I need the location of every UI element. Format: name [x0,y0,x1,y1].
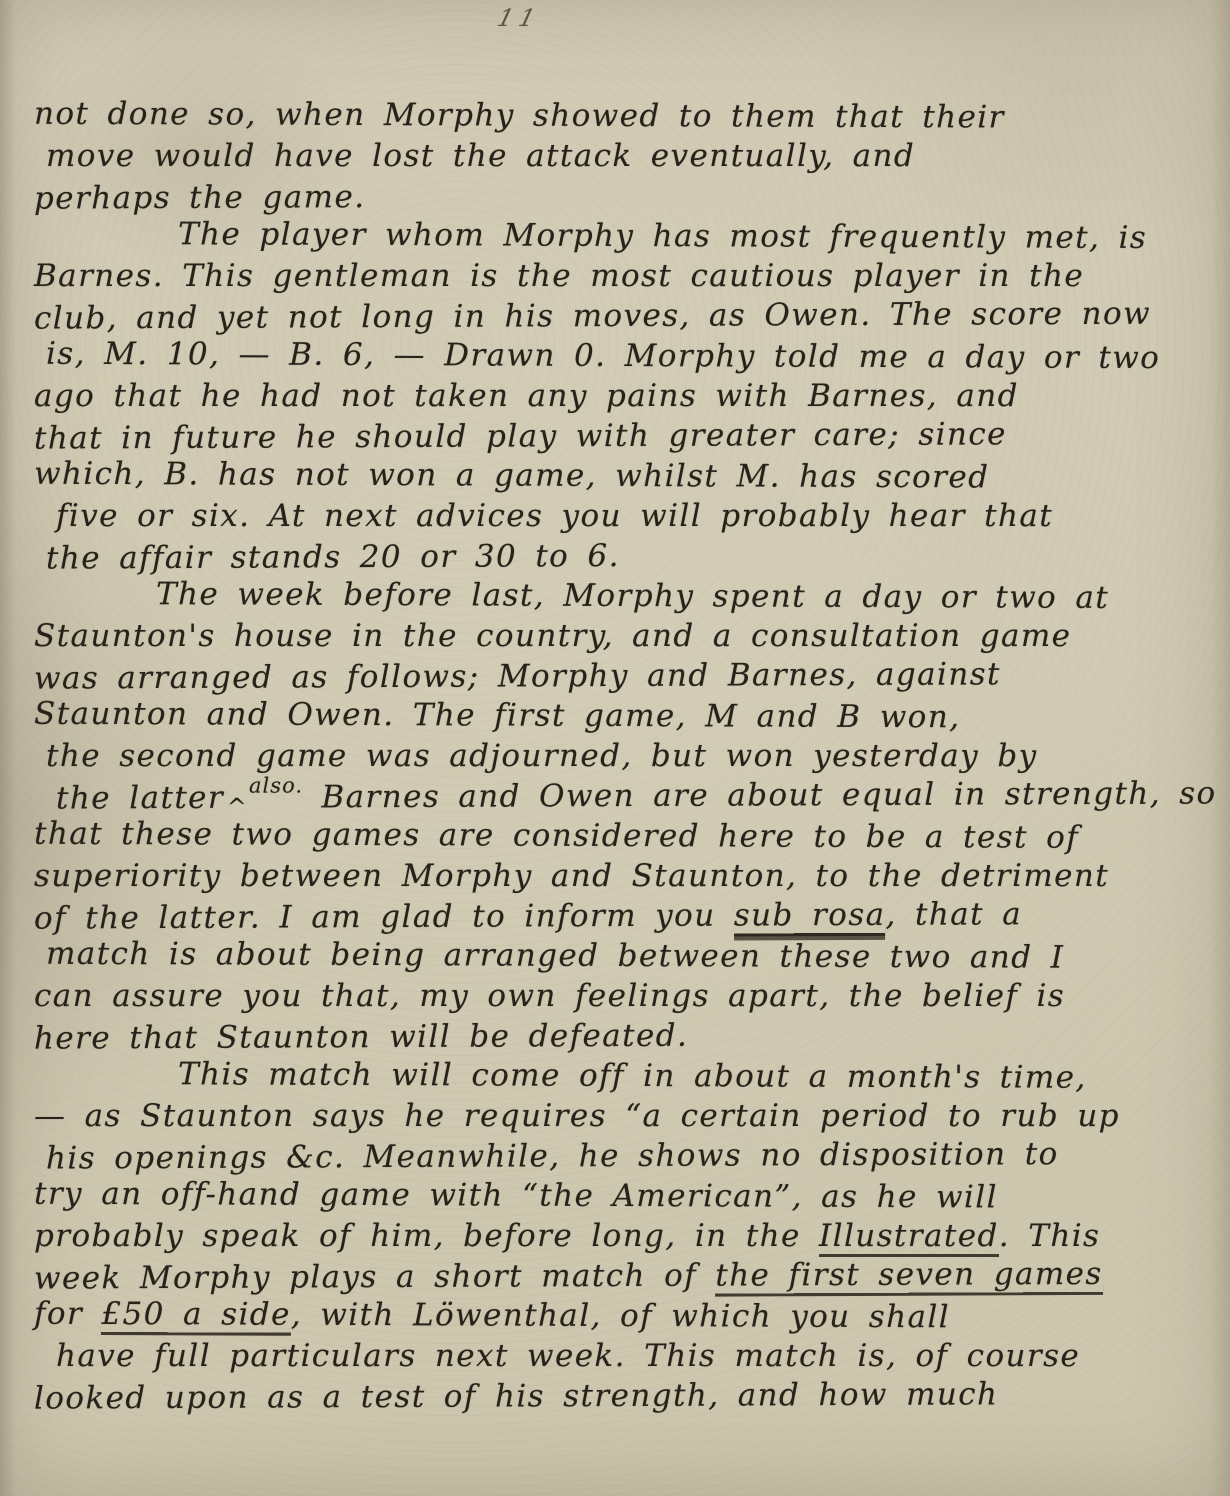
page-number: 11 [495,4,545,32]
handwritten-line: perhaps the game. [34,173,1212,218]
text-segment: match is about being arranged between th… [46,936,1064,976]
text-segment: try an off-hand game with “the American”… [34,1176,998,1216]
handwritten-line: Staunton's house in the country, and a c… [34,616,1212,656]
handwritten-line: match is about being arranged between th… [46,934,1212,978]
text-segment: week Morphy plays a short match of [34,1258,715,1297]
text-segment: the second game was adjourned, but won y… [46,738,1038,774]
handwritten-line: not done so, when Morphy showed to them … [34,94,1212,139]
handwritten-line: ago that he had not taken any pains with… [34,376,1212,416]
handwritten-line: his openings &c. Meanwhile, he shows no … [46,1133,1212,1178]
text-segment: the first seven games [715,1256,1103,1294]
letter-page: 11 not done so, when Morphy showed to th… [0,0,1230,1496]
text-segment: . This [999,1218,1101,1254]
text-segment: Illustrated [819,1218,999,1254]
handwritten-line: looked upon as a test of his strength, a… [34,1373,1212,1418]
handwritten-line: can assure you that, my own feelings apa… [34,976,1212,1016]
text-segment: can assure you that, my own feelings apa… [34,978,1065,1014]
text-segment: was arranged as follows; Morphy and Barn… [34,656,1001,696]
handwritten-line: Barnes. This gentleman is the most cauti… [34,256,1212,296]
text-segment: his openings &c. Meanwhile, he shows no … [46,1136,1059,1176]
handwritten-line: was arranged as follows; Morphy and Barn… [34,653,1212,698]
text-segment: have full particulars next week. This ma… [56,1338,1080,1374]
handwritten-line: the latter^also. Barnes and Owen are abo… [56,773,1212,818]
text-segment: , with Löwenthal, of which you shall [291,1297,950,1336]
handwritten-line: here that Staunton will be defeated. [34,1013,1212,1058]
text-segment: Staunton and Owen. The first game, M and… [34,696,961,736]
text-segment: This match will come off in about a mont… [178,1056,1087,1095]
handwritten-line: for £50 a side, with Löwenthal, of which… [34,1294,1212,1339]
text-segment: The week before last, Morphy spent a day… [156,576,1109,616]
text-segment: superiority between Morphy and Staunton,… [34,858,1109,894]
handwritten-line: club, and yet not long in his moves, as … [34,293,1212,338]
text-segment: that these two games are considered here… [34,816,1079,856]
handwritten-line: that these two games are considered here… [34,814,1212,859]
text-segment: for [34,1296,102,1332]
handwritten-line: Staunton and Owen. The first game, M and… [34,694,1212,739]
handwritten-line: five or six. At next advices you will pr… [56,496,1212,536]
text-segment: — as Staunton says he requires “a certai… [34,1098,1120,1134]
text-segment: the latter [56,780,224,817]
text-segment: sub rosa [734,897,886,934]
inserted-word: also. [249,772,303,797]
letter-body: not done so, when Morphy showed to them … [34,96,1212,1416]
text-segment: perhaps the game. [34,179,366,216]
handwritten-line: is, M. 10, — B. 6, — Drawn 0. Morphy tol… [46,334,1212,378]
handwritten-line: the affair stands 20 or 30 to 6. [46,533,1212,578]
text-segment: £50 a side [101,1296,291,1333]
text-segment: club, and yet not long in his moves, as … [34,296,1151,337]
text-segment: probably speak of him, before long, in t… [34,1218,819,1254]
text-segment: five or six. At next advices you will pr… [56,498,1053,534]
text-segment: that in future he should play with great… [34,416,1007,456]
handwritten-line: The week before last, Morphy spent a day… [34,574,1212,619]
text-segment: Staunton's house in the country, and a c… [34,618,1071,654]
handwritten-line: have full particulars next week. This ma… [56,1336,1212,1376]
text-segment: the affair stands 20 or 30 to 6. [46,538,620,577]
handwritten-line: which, B. has not won a game, whilst M. … [34,454,1212,499]
text-segment: Barnes and Owen are about equal in stren… [303,775,1217,815]
text-segment: not done so, when Morphy showed to them … [34,96,1005,136]
text-segment: looked upon as a test of his strength, a… [34,1376,998,1416]
handwritten-line: The player whom Morphy has most frequent… [56,214,1212,258]
text-segment: is, M. 10, — B. 6, — Drawn 0. Morphy tol… [46,336,1160,376]
handwritten-line: week Morphy plays a short match of the f… [34,1253,1212,1298]
handwritten-line: of the latter. I am glad to inform you s… [34,893,1212,938]
handwritten-line: try an off-hand game with “the American”… [34,1174,1212,1219]
handwritten-line: the second game was adjourned, but won y… [46,736,1212,776]
text-segment: here that Staunton will be defeated. [34,1018,688,1057]
handwritten-line: — as Staunton says he requires “a certai… [34,1096,1212,1136]
handwritten-line: move would have lost the attack eventual… [46,136,1212,176]
handwritten-line: superiority between Morphy and Staunton,… [34,856,1212,896]
handwritten-line: that in future he should play with great… [34,413,1212,458]
text-segment: of the latter. I am glad to inform you [34,898,734,937]
handwritten-line: This match will come off in about a mont… [56,1054,1212,1098]
text-segment: The player whom Morphy has most frequent… [178,216,1147,256]
text-segment: Barnes. This gentleman is the most cauti… [34,258,1084,294]
handwritten-line: probably speak of him, before long, in t… [34,1216,1212,1256]
text-segment: move would have lost the attack eventual… [46,138,915,174]
text-segment: ago that he had not taken any pains with… [34,378,1019,414]
text-segment: which, B. has not won a game, whilst M. … [34,456,990,496]
text-segment: , that a [885,896,1022,933]
